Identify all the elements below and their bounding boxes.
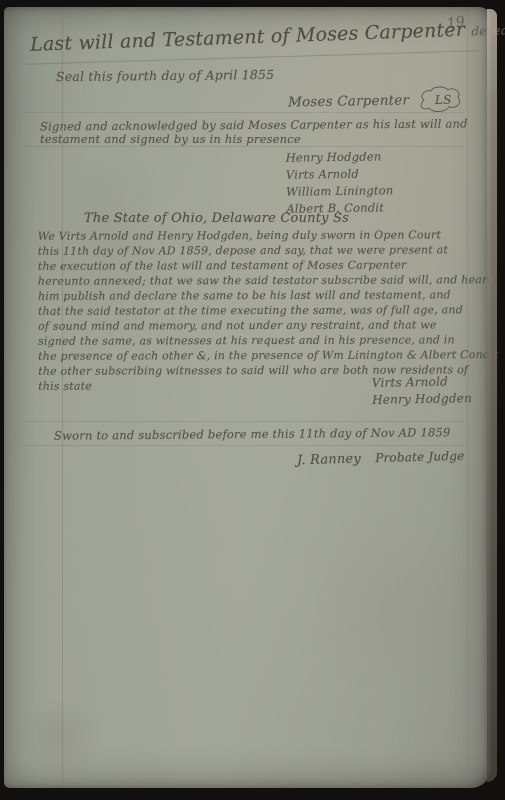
deposition-line: the execution of the last will and testa… — [38, 257, 498, 274]
witness-signatures: Henry Hodgden Virts Arnold William Linin… — [286, 148, 394, 217]
ruled-line — [24, 146, 464, 147]
judge-signature-row: J. Ranney Probate Judge — [297, 449, 465, 468]
attestation-line-2: testament and signed by us in his presen… — [40, 132, 301, 146]
book-page-edges — [487, 9, 497, 782]
judge-signature: J. Ranney — [297, 452, 361, 469]
deposition-line: We Virts Arnold and Henry Hodgden, being… — [38, 227, 498, 244]
deposition-line: hereunto annexed; that we saw the said t… — [38, 272, 498, 289]
judge-title: Probate Judge — [375, 449, 465, 465]
jurat-line: Sworn to and subscribed before me this 1… — [54, 425, 451, 442]
paper-stain — [14, 697, 104, 777]
document-title: Last will and Testament of Moses Carpent… — [30, 18, 482, 56]
deposition-line: signed the same, as witnesses at his req… — [38, 332, 498, 349]
testator-signature: Moses Carpenter — [288, 92, 409, 110]
deponent-signature: Henry Hodgden — [372, 390, 472, 409]
witness-signature: William Linington — [286, 182, 393, 200]
deposition-line: him publish and declare the same to be h… — [38, 287, 498, 304]
deposition-line: that the said testator at the time execu… — [38, 302, 498, 319]
ruled-line — [24, 421, 464, 422]
deponent-signatures: Virts Arnold Henry Hodgden — [372, 373, 472, 409]
probate-heading: The State of Ohio, Delaware County Ss — [84, 211, 349, 226]
deponent-signature: Virts Arnold — [372, 373, 472, 392]
testator-signature-row: Moses Carpenter LS — [288, 85, 464, 116]
title-main: Last will and Testament of Moses Carpent… — [30, 19, 466, 56]
ledger-page: 19 Last will and Testament of Moses Carp… — [4, 7, 491, 788]
scanned-will-document: { "page_number": "19", "title": { "main"… — [0, 0, 505, 800]
attestation-line-1: Signed and acknowledged by said Moses Ca… — [40, 117, 468, 134]
deposition-line: this 11th day of Nov AD 1859, depose and… — [38, 242, 498, 259]
probate-deposition: We Virts Arnold and Henry Hodgden, being… — [38, 227, 499, 394]
seal-ls-text: LS — [434, 93, 452, 107]
will-closing-line: Seal this fourth day of April 1855 — [56, 67, 274, 84]
witness-signature: Virts Arnold — [286, 165, 393, 183]
paper-stain — [304, 507, 474, 707]
witness-signature: Henry Hodgden — [286, 148, 393, 166]
ruled-line — [24, 445, 464, 446]
deposition-line: of sound mind and memory, and not under … — [38, 317, 498, 334]
deposition-line: the presence of each other &, in the pre… — [38, 347, 498, 364]
seal-ls-icon: LS — [417, 85, 463, 114]
